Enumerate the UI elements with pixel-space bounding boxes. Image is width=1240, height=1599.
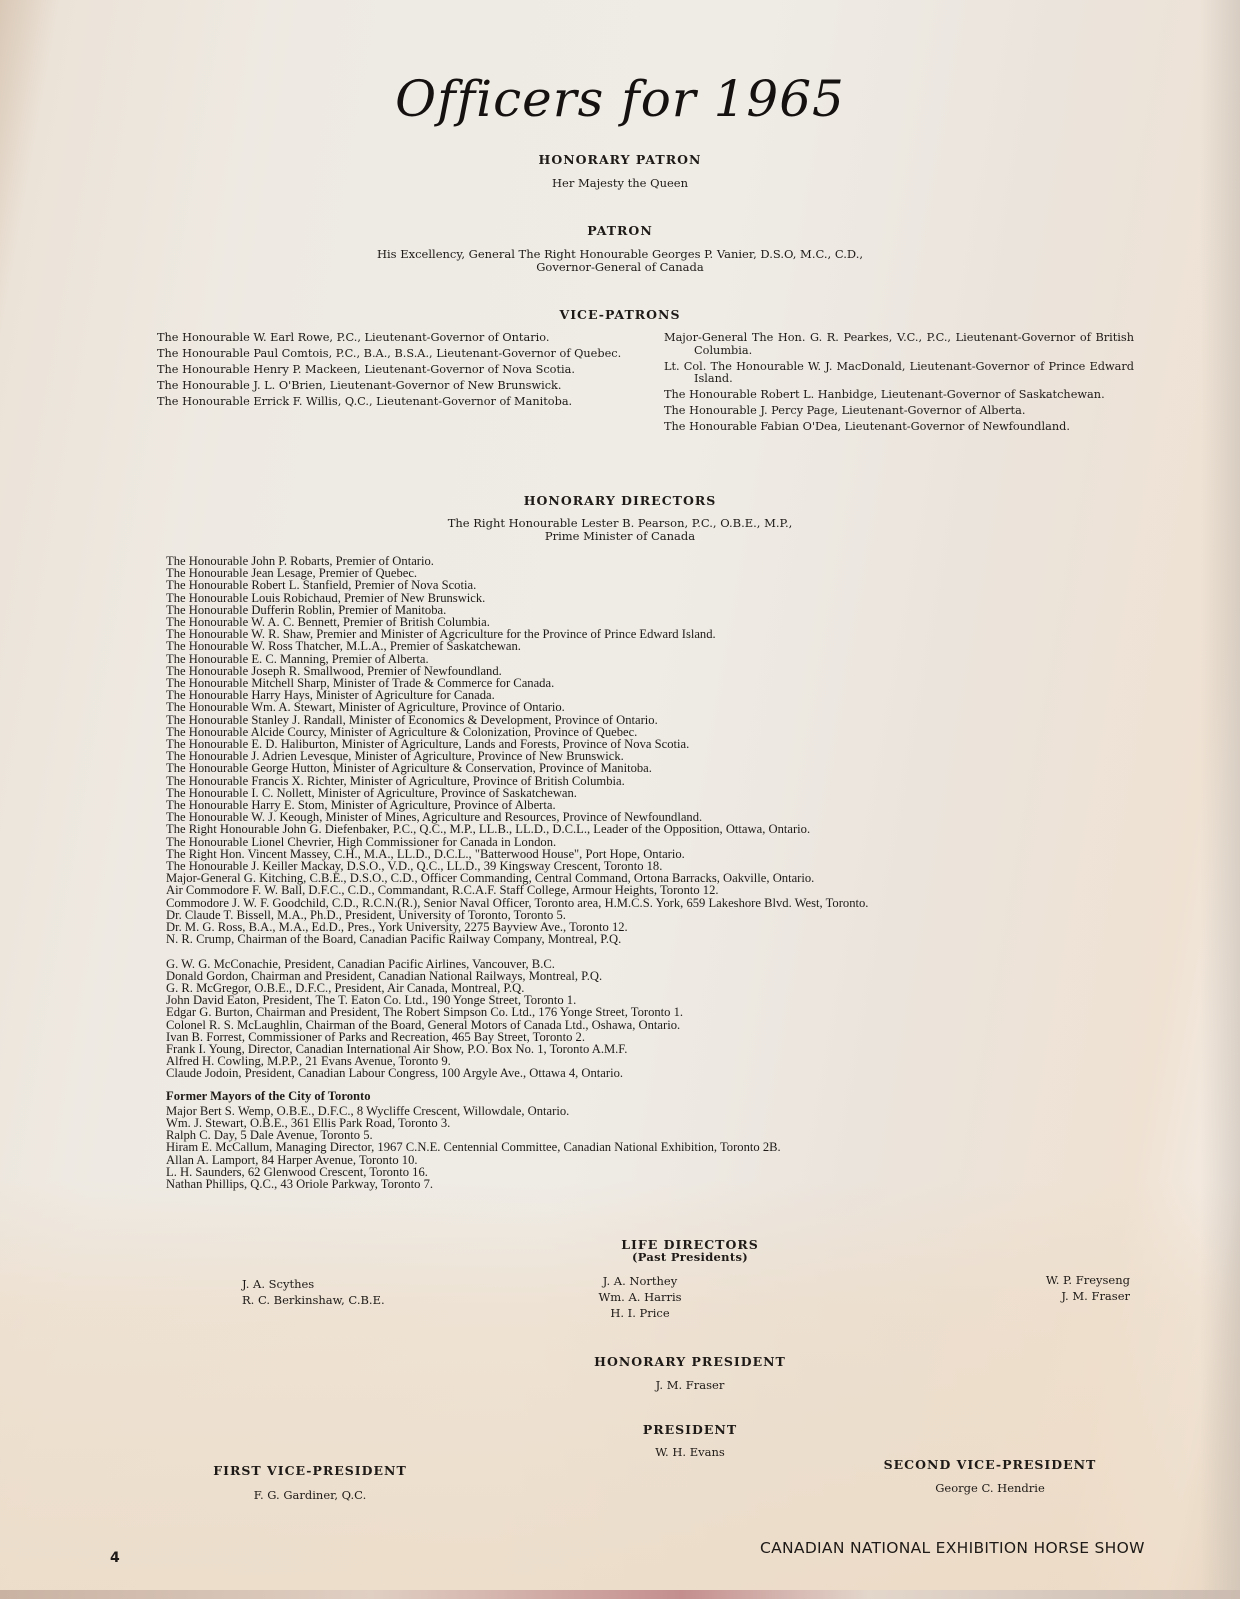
first-vice-president-heading: FIRST VICE-PRESIDENT	[180, 1463, 440, 1478]
honorary-directors-group-2: G. W. G. McConachie, President, Canadian…	[166, 958, 1146, 1080]
life-director-name: J. M. Fraser	[990, 1288, 1130, 1304]
president-name: W. H. Evans	[470, 1446, 910, 1459]
honorary-director-entry: The Honourable Louis Robichaud, Premier …	[166, 592, 1146, 604]
former-mayor-entry: Allan A. Lamport, 84 Harper Avenue, Toro…	[166, 1154, 1146, 1166]
former-mayor-entry: Nathan Phillips, Q.C., 43 Oriole Parkway…	[166, 1178, 1146, 1190]
honorary-director-entry: Edgar G. Burton, Chairman and President,…	[166, 1006, 1146, 1018]
life-director-name: J. A. Scythes	[242, 1276, 385, 1292]
honorary-director-entry: The Honourable E. C. Manning, Premier of…	[166, 653, 1146, 665]
former-mayors-heading: Former Mayors of the City of Toronto	[166, 1090, 1146, 1102]
honorary-director-entry: Claude Jodoin, President, Canadian Labou…	[166, 1067, 1146, 1079]
honorary-director-entry: Air Commodore F. W. Ball, D.F.C., C.D., …	[166, 884, 1146, 896]
life-directors-subheading: (Past Presidents)	[520, 1250, 860, 1264]
patron-heading: PATRON	[0, 223, 1240, 238]
honorary-directors-heading: HONORARY DIRECTORS	[0, 493, 1240, 508]
second-vice-president-name: George C. Hendrie	[860, 1482, 1120, 1495]
vice-patron-entry: The Honourable Paul Comtois, P.C., B.A.,…	[157, 348, 627, 361]
vice-patron-entry: The Honourable J. L. O'Brien, Lieutenant…	[157, 380, 627, 393]
honorary-director-entry: G. W. G. McConachie, President, Canadian…	[166, 958, 1146, 970]
vice-patron-entry: Lt. Col. The Honourable W. J. MacDonald,…	[664, 361, 1134, 386]
document-page: Officers for 1965 HONORARY PATRON Her Ma…	[0, 0, 1240, 1599]
president-heading: PRESIDENT	[470, 1422, 910, 1437]
vice-patron-entry: The Honourable Errick F. Willis, Q.C., L…	[157, 396, 627, 409]
honorary-director-entry: The Honourable George Hutton, Minister o…	[166, 762, 1146, 774]
page-number: 4	[110, 1550, 120, 1566]
honorary-director-entry: N. R. Crump, Chairman of the Board, Cana…	[166, 933, 1146, 945]
life-directors-center: J. A. NortheyWm. A. HarrisH. I. Price	[560, 1273, 720, 1321]
vice-patron-entry: The Honourable Henry P. Mackeen, Lieuten…	[157, 364, 627, 377]
page-title: Officers for 1965	[0, 70, 1240, 128]
life-director-name: R. C. Berkinshaw, C.B.E.	[242, 1292, 385, 1308]
honorary-director-entry: The Honourable W. Ross Thatcher, M.L.A.,…	[166, 640, 1146, 652]
life-director-name: H. I. Price	[560, 1305, 720, 1321]
honorary-president-heading: HONORARY PRESIDENT	[470, 1354, 910, 1369]
honorary-director-entry: The Honourable Wm. A. Stewart, Minister …	[166, 701, 1146, 713]
vice-patron-entry: The Honourable W. Earl Rowe, P.C., Lieut…	[157, 332, 627, 345]
life-director-name: W. P. Freyseng	[990, 1272, 1130, 1288]
honorary-director-entry: Colonel R. S. McLaughlin, Chairman of th…	[166, 1019, 1146, 1031]
honorary-director-entry: The Honourable Stanley J. Randall, Minis…	[166, 714, 1146, 726]
honorary-director-entry: The Honourable Robert L. Stanfield, Prem…	[166, 579, 1146, 591]
former-mayors-list: Major Bert S. Wemp, O.B.E., D.F.C., 8 Wy…	[166, 1105, 1146, 1190]
honorary-patron-name: Her Majesty the Queen	[0, 177, 1240, 190]
life-directors-right: W. P. FreysengJ. M. Fraser	[990, 1272, 1130, 1304]
page-gutter-shadow	[1200, 0, 1240, 1599]
honorary-directors-list: The Honourable John P. Robarts, Premier …	[166, 555, 1146, 1190]
vice-patron-entry: The Honourable Fabian O'Dea, Lieutenant-…	[664, 421, 1134, 434]
second-vice-president-heading: SECOND VICE-PRESIDENT	[860, 1457, 1120, 1472]
vice-patrons-right-column: Major-General The Hon. G. R. Pearkes, V.…	[664, 332, 1134, 437]
former-mayor-entry: Hiram E. McCallum, Managing Director, 19…	[166, 1141, 1146, 1153]
honorary-directors-group-1: The Honourable John P. Robarts, Premier …	[166, 555, 1146, 946]
life-director-name: Wm. A. Harris	[560, 1289, 720, 1305]
vice-patrons-left-column: The Honourable W. Earl Rowe, P.C., Lieut…	[157, 332, 627, 412]
publication-footer: CANADIAN NATIONAL EXHIBITION HORSE SHOW	[760, 1539, 1145, 1557]
vice-patron-entry: Major-General The Hon. G. R. Pearkes, V.…	[664, 332, 1134, 357]
honorary-directors-lead-2: Prime Minister of Canada	[0, 530, 1240, 543]
honorary-patron-heading: HONORARY PATRON	[0, 152, 1240, 167]
honorary-president-name: J. M. Fraser	[470, 1379, 910, 1392]
life-director-name: J. A. Northey	[560, 1273, 720, 1289]
vice-patron-entry: The Honourable Robert L. Hanbidge, Lieut…	[664, 389, 1134, 402]
page-bottom-edge	[0, 1590, 1240, 1599]
patron-line-2: Governor-General of Canada	[0, 261, 1240, 274]
vice-patrons-heading: VICE-PATRONS	[0, 307, 1240, 322]
first-vice-president-name: F. G. Gardiner, Q.C.	[180, 1489, 440, 1502]
life-directors-left: J. A. ScythesR. C. Berkinshaw, C.B.E.	[242, 1276, 385, 1308]
honorary-director-entry: The Right Honourable John G. Diefenbaker…	[166, 823, 1146, 835]
vice-patron-entry: The Honourable J. Percy Page, Lieutenant…	[664, 405, 1134, 418]
